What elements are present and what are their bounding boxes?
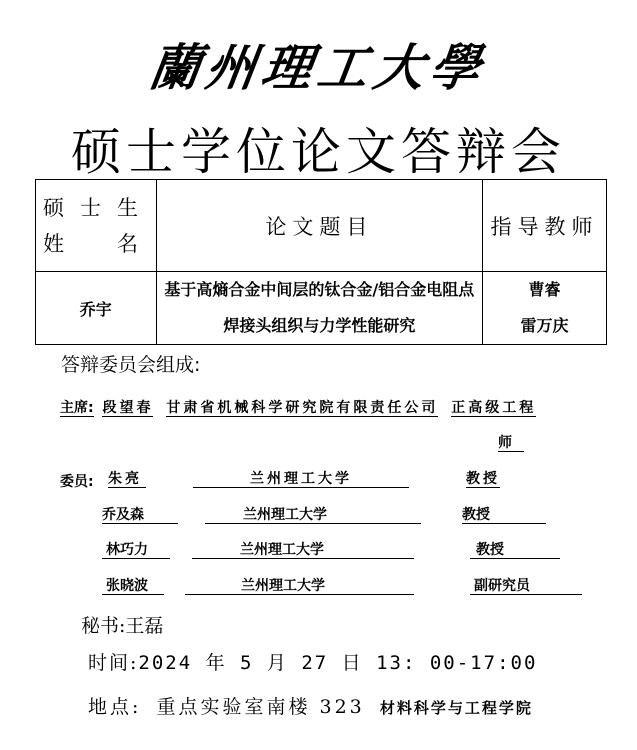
advisor-1: 曹睿 xyxy=(483,272,606,308)
members-label: 委员: xyxy=(60,471,94,491)
time-row: 时间:2024 年 5 月 27 日 13: 00-17:00 xyxy=(88,648,537,675)
table-row: 乔宇 基于高熵合金中间层的钛合金/铝合金电阻点 焊接头组织与力学性能研究 曹睿 … xyxy=(36,272,607,345)
chair-name: 段望春 xyxy=(102,400,153,417)
advisors: 曹睿 雷万庆 xyxy=(483,272,607,345)
header-char: 生 xyxy=(117,190,138,226)
topic-line-2: 焊接头组织与力学性能研究 xyxy=(157,308,482,344)
member-org-text: 兰州理工大学 xyxy=(192,542,414,559)
member-name-value: 张晓波 xyxy=(106,578,148,594)
page-title: 硕士学位论文答辩会 xyxy=(0,112,637,184)
member-org: 兰州理工大学 xyxy=(205,507,421,524)
advisor-2: 雷万庆 xyxy=(483,308,606,344)
member-name: 朱亮 xyxy=(108,471,146,488)
member-title-text: 教授 xyxy=(466,471,500,488)
school-name: 材料科学与工程学院 xyxy=(380,699,533,717)
location-label: 地点: xyxy=(88,696,141,718)
member-org: 兰州理工大学 xyxy=(185,578,414,595)
member-row: 朱亮 xyxy=(108,471,146,488)
secretary-name: 王磊 xyxy=(125,615,163,637)
secretary-label: 秘书: xyxy=(81,615,125,637)
committee-heading: 答辩委员会组成: xyxy=(61,350,200,377)
member-title: 教授 xyxy=(466,471,500,488)
member-title: 教授 xyxy=(470,542,560,559)
secretary-row: 秘书:王磊 xyxy=(81,611,163,638)
topic-line-1: 基于高熵合金中间层的钛合金/铝合金电阻点 xyxy=(157,272,482,308)
chair-title-cont: 师 xyxy=(498,435,524,452)
header-char: 硕 xyxy=(43,190,64,226)
member-row: 林巧力 xyxy=(102,542,170,559)
chair-title-part2: 师 xyxy=(498,435,524,452)
member-row: 乔及森 xyxy=(102,507,178,524)
header-char: 士 xyxy=(80,190,101,226)
header-student-name: 硕士生 姓名 xyxy=(36,180,157,272)
member-org-text: 兰州理工大学 xyxy=(185,578,414,595)
header-char: 姓 xyxy=(43,226,64,262)
chair-org: 甘肃省机械科学研究院有限责任公司 xyxy=(166,400,438,417)
member-org-value: 兰州理工大学 xyxy=(241,578,325,594)
chair-row: 主席: 段望春 甘肃省机械科学研究院有限责任公司 正高级工程 xyxy=(60,400,536,417)
member-name-value: 林巧力 xyxy=(106,542,148,558)
location-value: 重点实验室南楼 323 xyxy=(156,696,364,718)
member-title-text: 教授 xyxy=(462,507,546,524)
member-title-value: 副研究员 xyxy=(474,578,530,594)
time-label: 时间: xyxy=(88,652,138,674)
header-char: 名 xyxy=(117,226,138,262)
thesis-topic: 基于高熵合金中间层的钛合金/铝合金电阻点 焊接头组织与力学性能研究 xyxy=(156,272,482,345)
header-advisor: 指导教师 xyxy=(483,180,607,272)
location-row: 地点: 重点实验室南楼 323 材料科学与工程学院 xyxy=(88,692,533,719)
member-row: 张晓波 xyxy=(102,578,164,595)
thesis-info-table: 硕士生 姓名 论文题目 指导教师 乔宇 基于高熵合金中间层的钛合金/铝合金电阻点… xyxy=(35,179,607,345)
member-org-text: 兰州理工大学 xyxy=(205,507,421,524)
table-header-row: 硕士生 姓名 论文题目 指导教师 xyxy=(36,180,607,272)
member-title-text: 副研究员 xyxy=(470,578,582,595)
member-name: 张晓波 xyxy=(102,578,164,595)
header-topic: 论文题目 xyxy=(156,180,482,272)
member-title: 教授 xyxy=(462,507,546,524)
chair-title: 正高级工程 xyxy=(451,400,536,417)
member-org-value: 兰州理工大学 xyxy=(240,542,324,558)
member-org-text: 兰州理工大学 xyxy=(193,471,409,488)
member-org-value: 兰州理工大学 xyxy=(243,507,327,523)
member-title: 副研究员 xyxy=(470,578,582,595)
member-name: 林巧力 xyxy=(102,542,170,559)
member-name: 乔及森 xyxy=(102,507,178,524)
chair-label: 主席: xyxy=(60,400,94,417)
student-name: 乔宇 xyxy=(36,272,157,345)
member-org: 兰州理工大学 xyxy=(192,542,414,559)
university-logo: 蘭州理工大學 xyxy=(0,28,637,100)
member-org: 兰州理工大学 xyxy=(193,471,409,488)
member-title-value: 教授 xyxy=(476,542,504,558)
time-value: 2024 年 5 月 27 日 13: 00-17:00 xyxy=(138,652,537,674)
member-title-text: 教授 xyxy=(470,542,560,559)
